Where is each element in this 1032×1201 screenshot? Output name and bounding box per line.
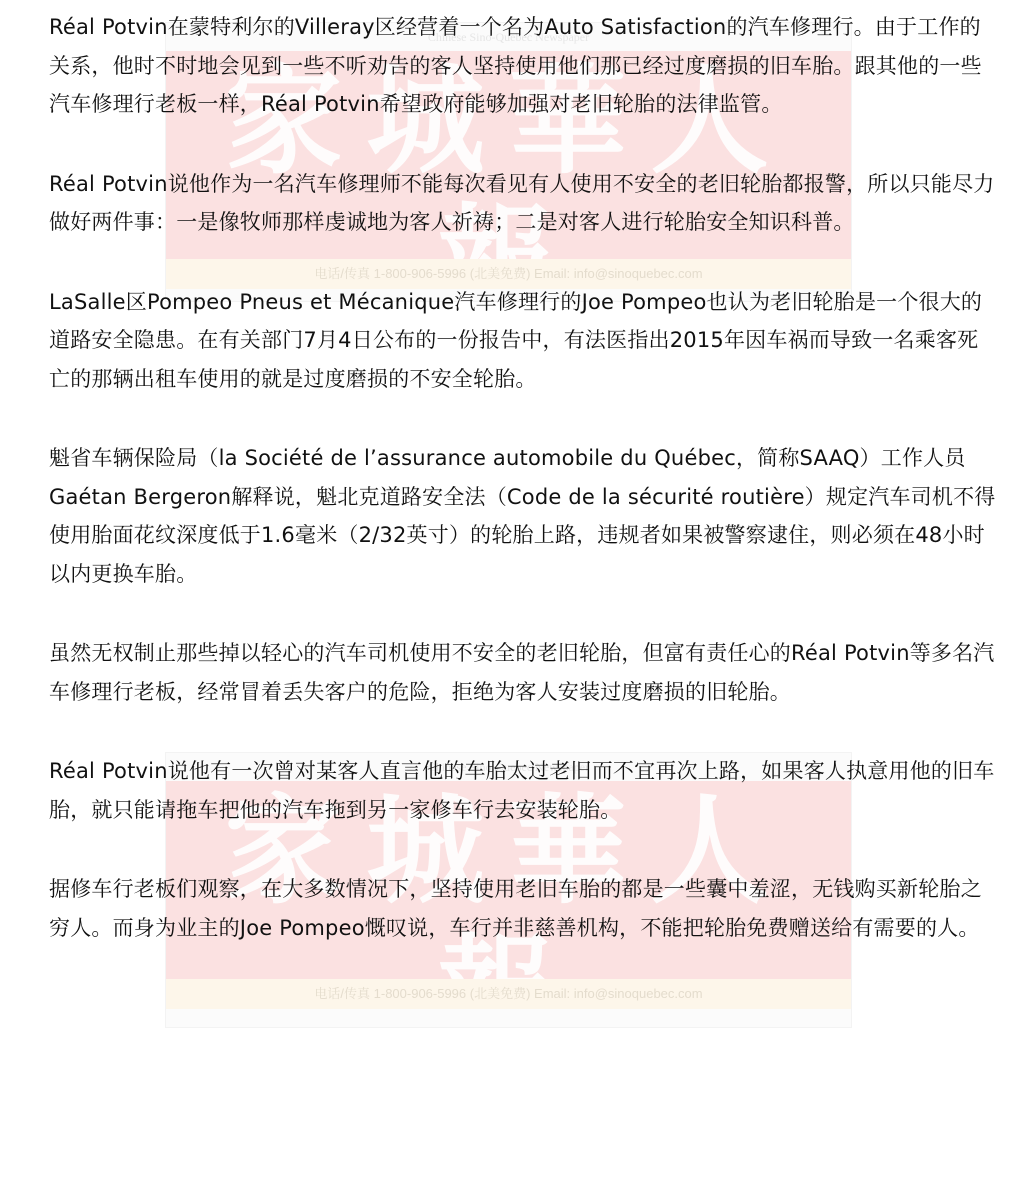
article-paragraph: Réal Potvin说他作为一名汽车修理师不能每次看见有人使用不安全的老旧轮胎… (49, 165, 998, 242)
article-paragraph: 魁省车辆保险局（la Société de l’assurance automo… (49, 439, 998, 593)
watermark-footer-strip (166, 1009, 851, 1017)
article-paragraph: Réal Potvin在蒙特利尔的Villeray区经营着一个名为Auto Sa… (49, 8, 998, 124)
article-paragraph: 据修车行老板们观察，在大多数情况下，坚持使用老旧车胎的都是一些囊中羞涩，无钱购买… (49, 870, 998, 947)
article-paragraph: LaSalle区Pompeo Pneus et Mécanique汽车修理行的J… (49, 283, 998, 399)
article-body: Réal Potvin在蒙特利尔的Villeray区经营着一个名为Auto Sa… (0, 0, 1032, 947)
watermark-contact-strip: 电话/传真 1-800-906-5996 (北美免费) Email: info@… (166, 979, 851, 1009)
article-paragraph: 虽然无权制止那些掉以轻心的汽车司机使用不安全的老旧轮胎，但富有责任心的Réal … (49, 634, 998, 711)
article-paragraph: Réal Potvin说他有一次曾对某客人直言他的车胎太过老旧而不宜再次上路，如… (49, 752, 998, 829)
